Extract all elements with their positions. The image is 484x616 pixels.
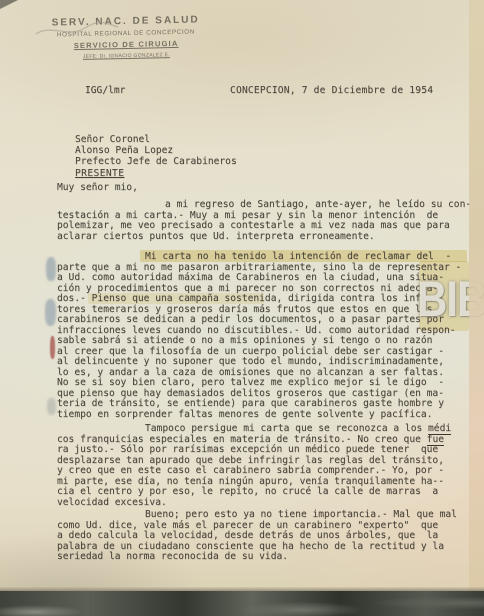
scanner-background-band [0, 591, 484, 616]
recipient-name: Alonso Peña Lopez [75, 145, 237, 156]
letter-line: velocidad excesiva. [57, 498, 469, 509]
letter-line: Tampoco persigue mi carta que se reconoz… [57, 424, 469, 435]
paragraph-4: Bueno; pero esto ya no tiene importancia… [57, 510, 469, 563]
letter-line: y creo que en este caso el carabinero sa… [57, 466, 469, 477]
reference-code: IGG/lmr [85, 86, 125, 97]
scan-corner-mark [0, 0, 18, 9]
letter-body: a mi regreso de Santiago, ante-ayer, he … [57, 200, 469, 563]
letter-line: aclarar ciertos puntos que Ud. interpret… [57, 232, 469, 243]
letter-line: al delincuente y no suponer que todo el … [57, 357, 469, 368]
dateline: CONCEPCION, 7 de Diciembre de 1954 [230, 86, 433, 97]
letter-line: Mi carta no ha tenido la intención de re… [57, 252, 469, 263]
letter-line: polemizar, me veo precisado a contestarl… [57, 221, 469, 232]
letter-line: a Ud. como autoridad máxima de Carabiner… [57, 273, 469, 284]
margin-mark-blue [45, 299, 56, 326]
letter-line: teria de tránsito, se entiende) para que… [57, 399, 469, 410]
recipient-title: Señor Coronel [75, 134, 237, 145]
letter-line: sable sabrá si atiende o no a mis opinio… [57, 336, 469, 347]
margin-mark-gray [47, 398, 56, 415]
recipient-position: Prefecto Jefe de Carabineros [75, 156, 237, 167]
letter-line: a mi regreso de Santiago, ante-ayer, he … [57, 200, 469, 211]
scanned-letter-page: SERV. NAC. DE SALUD HOSPITAL REGIONAL DE… [0, 0, 484, 616]
recipient-presente: PRESENTE [75, 168, 237, 179]
letterhead-chief: JEFE: Dr. IGNACIO GONZALEZ E. [28, 51, 224, 61]
margin-mark-red [50, 336, 55, 359]
margin-mark-blue [46, 257, 56, 281]
pencil-mark [28, 18, 128, 42]
letter-line: No se si soy bien claro, pero talvez me … [57, 378, 469, 389]
letter-line: ra justo.- Sólo por rarísimas excepción … [57, 445, 469, 456]
letter-line: cia el centro y por eso, le repito, no c… [57, 487, 469, 498]
paragraph-3: Tampoco persigue mi carta que se reconoz… [57, 424, 469, 508]
letter-line: a dedo calcula la velocidad, desde detrá… [57, 531, 469, 542]
paragraph-1: a mi regreso de Santiago, ante-ayer, he … [57, 200, 469, 242]
letter-line: seriedad la norma reconocida de su vida. [57, 552, 469, 563]
letter-line: tiempo en sorprender faltas menores de g… [57, 410, 469, 421]
letter-line: Bueno; pero esto ya no tiene importancia… [57, 510, 469, 521]
paragraph-2: Mi carta no ha tenido la intención de re… [57, 252, 469, 420]
scan-edge-right [469, 0, 484, 591]
letter-line: carabineros se dedican a pedir los docum… [57, 315, 469, 326]
recipient-block: Señor Coronel Alonso Peña Lopez Prefecto… [75, 134, 237, 179]
salutation: Muy señor mio, [57, 183, 138, 194]
letter-line: dos.- Pienso que una campaña sostenida, … [57, 294, 469, 305]
